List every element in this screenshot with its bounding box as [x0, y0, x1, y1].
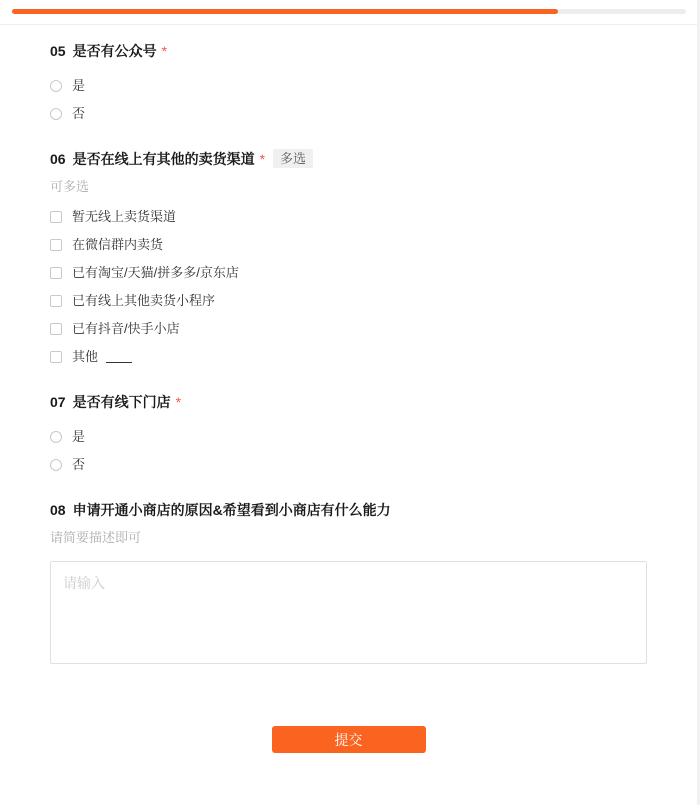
options-group: 是 否	[50, 430, 647, 472]
option-label: 是	[72, 430, 85, 444]
checkbox-option-other[interactable]: 其他	[50, 350, 647, 364]
checkbox-icon[interactable]	[50, 211, 62, 223]
progress-bar	[0, 0, 700, 25]
radio-option-yes[interactable]: 是	[50, 430, 647, 444]
checkbox-icon[interactable]	[50, 295, 62, 307]
checkbox-icon[interactable]	[50, 351, 62, 363]
question-05: 05是否有公众号* 是 否	[50, 41, 647, 121]
question-06: 06是否在线上有其他的卖货渠道*多选 可多选 暂无线上卖货渠道 在微信群内卖货 …	[50, 149, 647, 364]
checkbox-option[interactable]: 已有抖音/快手小店	[50, 322, 647, 336]
question-text: 申请开通小商店的原因&希望看到小商店有什么能力	[73, 502, 391, 518]
checkbox-option[interactable]: 已有线上其他卖货小程序	[50, 294, 647, 308]
radio-icon[interactable]	[50, 459, 62, 471]
answer-textarea[interactable]	[50, 561, 647, 664]
radio-icon[interactable]	[50, 80, 62, 92]
option-label: 否	[72, 107, 85, 121]
question-number: 08	[50, 502, 66, 518]
checkbox-icon[interactable]	[50, 239, 62, 251]
checkbox-option[interactable]: 已有淘宝/天猫/拼多多/京东店	[50, 266, 647, 280]
question-number: 07	[50, 394, 66, 410]
question-title: 05是否有公众号*	[50, 41, 647, 61]
other-text-input[interactable]	[106, 351, 132, 363]
option-label: 已有淘宝/天猫/拼多多/京东店	[72, 266, 239, 280]
required-asterisk: *	[162, 43, 167, 59]
option-label: 其他	[72, 350, 98, 364]
question-hint: 可多选	[50, 180, 647, 194]
required-asterisk: *	[176, 394, 181, 410]
progress-fill	[12, 9, 558, 14]
question-title: 06是否在线上有其他的卖货渠道*多选	[50, 149, 647, 169]
submit-button[interactable]: 提交	[272, 726, 426, 753]
question-text: 是否有线下门店	[73, 394, 171, 410]
radio-icon[interactable]	[50, 431, 62, 443]
radio-icon[interactable]	[50, 108, 62, 120]
question-title: 08申请开通小商店的原因&希望看到小商店有什么能力	[50, 500, 647, 520]
options-group: 是 否	[50, 79, 647, 121]
checkbox-icon[interactable]	[50, 323, 62, 335]
checkbox-icon[interactable]	[50, 267, 62, 279]
progress-track	[12, 9, 686, 14]
question-text: 是否有公众号	[73, 43, 157, 59]
option-label: 已有抖音/快手小店	[72, 322, 180, 336]
checkbox-option[interactable]: 暂无线上卖货渠道	[50, 210, 647, 224]
submit-area: 提交	[50, 726, 647, 753]
question-07: 07是否有线下门店* 是 否	[50, 392, 647, 472]
option-label: 是	[72, 79, 85, 93]
question-number: 06	[50, 151, 66, 167]
checkbox-option[interactable]: 在微信群内卖货	[50, 238, 647, 252]
radio-option-yes[interactable]: 是	[50, 79, 647, 93]
radio-option-no[interactable]: 否	[50, 107, 647, 121]
question-title: 07是否有线下门店*	[50, 392, 647, 412]
option-label: 暂无线上卖货渠道	[72, 210, 176, 224]
options-group: 暂无线上卖货渠道 在微信群内卖货 已有淘宝/天猫/拼多多/京东店 已有线上其他卖…	[50, 210, 647, 364]
multi-select-badge: 多选	[273, 149, 313, 168]
question-08: 08申请开通小商店的原因&希望看到小商店有什么能力 请简要描述即可	[50, 500, 647, 664]
question-number: 05	[50, 43, 66, 59]
radio-option-no[interactable]: 否	[50, 458, 647, 472]
question-hint: 请简要描述即可	[50, 531, 647, 545]
required-asterisk: *	[260, 151, 265, 167]
question-text: 是否在线上有其他的卖货渠道	[73, 151, 255, 167]
option-label: 在微信群内卖货	[72, 238, 163, 252]
option-label: 否	[72, 458, 85, 472]
option-label: 已有线上其他卖货小程序	[72, 294, 215, 308]
form-content: 05是否有公众号* 是 否 06是否在线上有其他的卖货渠道*多选 可多选 暂无线…	[0, 25, 700, 769]
